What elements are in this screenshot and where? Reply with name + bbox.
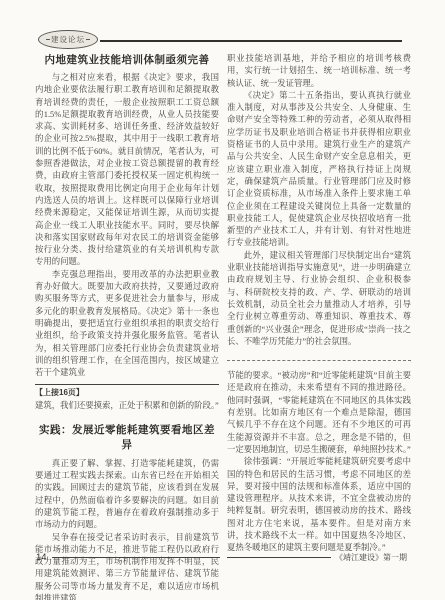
left-column: 内地建筑业技能培训体制亟须完善 与之相对应来看，根据《决定》要求，我国内地企业要… — [35, 50, 219, 600]
page-header: 建设论坛 — [0, 0, 445, 50]
section-badge: 建设论坛 — [38, 30, 98, 49]
article2-paragraph: 徐伟强调：“开展近零能耗建筑研究要考虑中国的特色和居民的生活习惯，考虑不同地区的… — [227, 456, 411, 554]
page-number-footer: 14 — [36, 552, 220, 563]
journal-ref: 《靖江建设》第一期 — [335, 552, 407, 563]
article2-paragraph: 节能的要求。“被动房”和“近零能耗建筑”目前主要还是政府在推动，未来希望有不同的… — [227, 370, 411, 456]
footer-rule — [227, 557, 331, 558]
continued-article-ending: 建筑，我们还要摸索，正处于积累和创新的阶段。” — [35, 400, 219, 412]
article1-paragraph: 李克强总理指出，要用改革的办法把职业教育办好做大。既要加大政府扶持，又要通过政府… — [35, 269, 219, 380]
article2-paragraph: 真正要了解、掌握、打造零能耗建筑，仍需要通过工程实践去探索。山东省已经在开始相关… — [35, 458, 219, 532]
article1-paragraph: 与之相对应来看，根据《决定》要求，我国内地企业要依法履行职工教育培训和足额提取教… — [35, 72, 219, 269]
article1-paragraph: 此外，建议相关管理部门尽快制定出台“建筑业职业技能培训指导实施意见”，进一步明确… — [227, 250, 411, 348]
journal-footer: 《靖江建设》第一期 — [227, 552, 413, 563]
badge-dash-icon — [86, 39, 90, 40]
header-rule — [100, 40, 402, 42]
article1-title: 内地建筑业技能培训体制亟须完善 — [35, 52, 219, 67]
footer-rule — [52, 557, 220, 558]
continued-from-marker: 【上接16页】 — [35, 387, 219, 398]
continuation-divider — [35, 384, 219, 385]
article1-paragraph: 职业技能培训基地，并给予相应的培训考核费用，实行统一计划招生、统一培训标准、统一… — [227, 53, 411, 90]
article2-paragraph: 吴争春在接受记者采访时表示，目前建筑节能市场推动能力不足，推进节能工程仍以政府行… — [35, 532, 219, 600]
page-number: 14 — [36, 552, 47, 563]
article-divider — [227, 360, 411, 361]
article1-paragraph: 《决定》第二十五条指出，要认真执行就业准入制度，对从事涉及公共安全、人身健康、生… — [227, 90, 411, 250]
magazine-page: 建设论坛 内地建筑业技能培训体制亟须完善 与之相对应来看，根据《决定》要求，我国… — [0, 0, 445, 600]
badge-dash-icon — [46, 39, 50, 40]
section-badge-label: 建设论坛 — [51, 34, 85, 45]
right-column: 职业技能培训基地，并给予相应的培训考核费用，实行统一计划招生、统一培训标准、统一… — [227, 53, 411, 555]
article2-title: 实践：发展近零能耗建筑要看地区差异 — [35, 422, 219, 452]
